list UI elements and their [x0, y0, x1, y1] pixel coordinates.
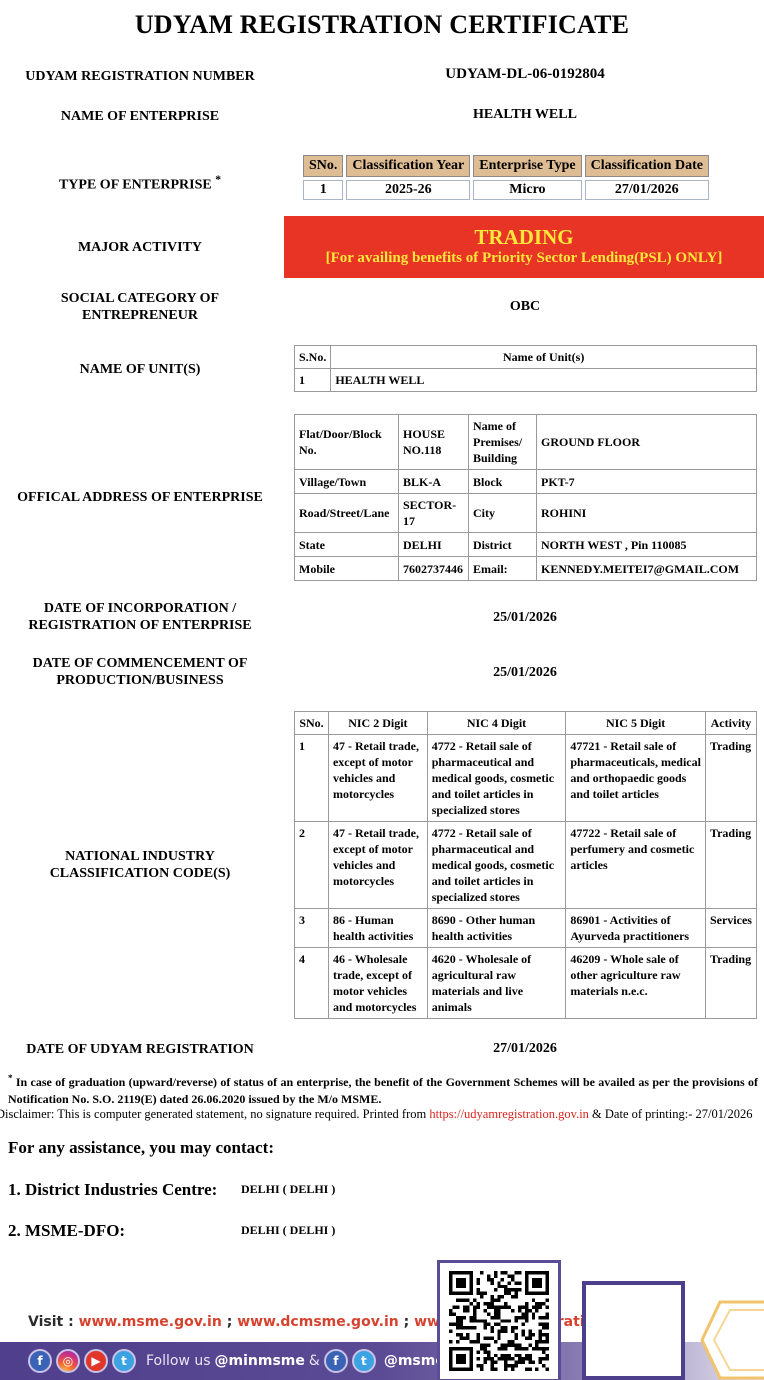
- table-row: 446 - Wholesale trade, except of motor v…: [295, 948, 757, 1019]
- facebook-icon[interactable]: f: [324, 1349, 348, 1373]
- handle-minmsme[interactable]: @minmsme: [215, 1353, 305, 1369]
- address-field-value: NORTH WEST , Pin 110085: [537, 533, 757, 557]
- units-table: S.No. Name of Unit(s) 1 HEALTH WELL: [294, 345, 757, 392]
- msme-dfo-label: 2. MSME-DFO:: [8, 1221, 125, 1241]
- social-category-label: SOCIAL CATEGORY OFENTREPRENEUR: [0, 290, 280, 324]
- twitter-icon[interactable]: t: [112, 1349, 136, 1373]
- address-table: Flat/Door/Block No.HOUSE NO.118Name of P…: [294, 414, 757, 581]
- major-activity-banner: TRADING [For availing benefits of Priori…: [284, 216, 764, 278]
- commencement-label: DATE OF COMMENCEMENT OFPRODUCTION/BUSINE…: [0, 655, 280, 689]
- enterprise-name-value: HEALTH WELL: [290, 107, 760, 123]
- qr-code: [437, 1260, 561, 1380]
- enterprise-name-label: NAME OF ENTERPRISE: [0, 108, 280, 125]
- address-field-label: Name of Premises/ Building: [469, 415, 537, 470]
- photo-box: [582, 1281, 685, 1380]
- classification-header: Classification Year: [346, 155, 470, 177]
- table-row: 1 HEALTH WELL: [295, 369, 757, 392]
- address-field-label: Block: [469, 470, 537, 494]
- address-field-value: KENNEDY.MEITEI7@GMAIL.COM: [537, 557, 757, 581]
- table-row: StateDELHIDistrictNORTH WEST , Pin 11008…: [295, 533, 757, 557]
- major-activity-value: TRADING: [284, 225, 764, 249]
- table-row: 247 - Retail trade, except of motor vehi…: [295, 822, 757, 909]
- address-field-value: 7602737446: [399, 557, 469, 581]
- table-row: Mobile7602737446Email:KENNEDY.MEITEI7@GM…: [295, 557, 757, 581]
- address-field-label: Village/Town: [295, 470, 399, 494]
- certificate-title: UDYAM REGISTRATION CERTIFICATE: [0, 10, 764, 40]
- address-field-value: GROUND FLOOR: [537, 415, 757, 470]
- asterisk-mark: *: [215, 173, 221, 186]
- msme-link[interactable]: www.msme.gov.in: [79, 1314, 222, 1330]
- dic-value: DELHI ( DELHI ): [241, 1182, 335, 1197]
- address-field-value: ROHINI: [537, 494, 757, 533]
- follow-us-bar: f ◎ ▶ t Follow us @minmsme & f t @msme_i…: [28, 1349, 491, 1373]
- disclaimer: Disclaimer: This is computer generated s…: [0, 1107, 764, 1122]
- youtube-icon[interactable]: ▶: [84, 1349, 108, 1373]
- address-label: OFFICAL ADDRESS OF ENTERPRISE: [0, 489, 280, 506]
- nic-label: NATIONAL INDUSTRYCLASSIFICATION CODE(S): [0, 848, 280, 882]
- hexagon-decoration: [700, 1300, 764, 1380]
- udyam-portal-link[interactable]: https://udyamregistration.gov.in: [429, 1107, 589, 1121]
- psl-note: [For availing benefits of Priority Secto…: [284, 249, 764, 267]
- table-row: Flat/Door/Block No.HOUSE NO.118Name of P…: [295, 415, 757, 470]
- units-header-name: Name of Unit(s): [331, 346, 757, 369]
- dcmsme-link[interactable]: www.dcmsme.gov.in: [237, 1314, 399, 1330]
- address-field-value: DELHI: [399, 533, 469, 557]
- address-field-label: State: [295, 533, 399, 557]
- classification-header: SNo.: [303, 155, 343, 177]
- address-field-label: Email:: [469, 557, 537, 581]
- assistance-heading: For any assistance, you may contact:: [8, 1138, 274, 1158]
- table-row: Road/Street/LaneSECTOR-17CityROHINI: [295, 494, 757, 533]
- commencement-date: 25/01/2026: [290, 665, 760, 681]
- table-row: 12025-26Micro27/01/2026: [303, 180, 709, 200]
- units-header-sno: S.No.: [295, 346, 331, 369]
- visit-links: Visit : www.msme.gov.in ; www.dcmsme.gov…: [28, 1314, 657, 1330]
- incorporation-date: 25/01/2026: [290, 610, 760, 626]
- units-label: NAME OF UNIT(S): [0, 361, 280, 378]
- udyam-date-value: 27/01/2026: [290, 1041, 760, 1057]
- address-field-label: Flat/Door/Block No.: [295, 415, 399, 470]
- udyam-date-label: DATE OF UDYAM REGISTRATION: [0, 1041, 280, 1058]
- table-row: 147 - Retail trade, except of motor vehi…: [295, 735, 757, 822]
- nic-table: SNo.NIC 2 DigitNIC 4 DigitNIC 5 DigitAct…: [294, 711, 757, 1019]
- nic-header: NIC 4 Digit: [427, 712, 566, 735]
- classification-header: Classification Date: [585, 155, 709, 177]
- msme-dfo-value: DELHI ( DELHI ): [241, 1223, 335, 1238]
- address-field-label: City: [469, 494, 537, 533]
- nic-header: NIC 5 Digit: [566, 712, 706, 735]
- instagram-icon[interactable]: ◎: [56, 1349, 80, 1373]
- address-field-value: SECTOR-17: [399, 494, 469, 533]
- registration-number-value: UDYAM-DL-06-0192804: [290, 66, 760, 83]
- address-field-value: PKT-7: [537, 470, 757, 494]
- major-activity-label: MAJOR ACTIVITY: [0, 239, 280, 256]
- address-field-value: BLK-A: [399, 470, 469, 494]
- classification-header: Enterprise Type: [473, 155, 581, 177]
- address-field-label: Mobile: [295, 557, 399, 581]
- graduation-footnote: * In case of graduation (upward/reverse)…: [8, 1070, 758, 1108]
- nic-header: NIC 2 Digit: [328, 712, 427, 735]
- twitter-icon[interactable]: t: [352, 1349, 376, 1373]
- nic-header: SNo.: [295, 712, 329, 735]
- enterprise-type-label: TYPE OF ENTERPRISE *: [0, 171, 280, 194]
- table-row: 386 - Human health activities8690 - Othe…: [295, 909, 757, 948]
- dic-label: 1. District Industries Centre:: [8, 1180, 217, 1200]
- enterprise-type-table: SNo.Classification YearEnterprise TypeCl…: [300, 152, 712, 203]
- registration-number-label: UDYAM REGISTRATION NUMBER: [0, 68, 280, 85]
- social-category-value: OBC: [290, 299, 760, 315]
- facebook-icon[interactable]: f: [28, 1349, 52, 1373]
- nic-header: Activity: [705, 712, 756, 735]
- table-row: Village/TownBLK-ABlockPKT-7: [295, 470, 757, 494]
- address-field-value: HOUSE NO.118: [399, 415, 469, 470]
- incorporation-label: DATE OF INCORPORATION /REGISTRATION OF E…: [0, 600, 280, 634]
- address-field-label: District: [469, 533, 537, 557]
- address-field-label: Road/Street/Lane: [295, 494, 399, 533]
